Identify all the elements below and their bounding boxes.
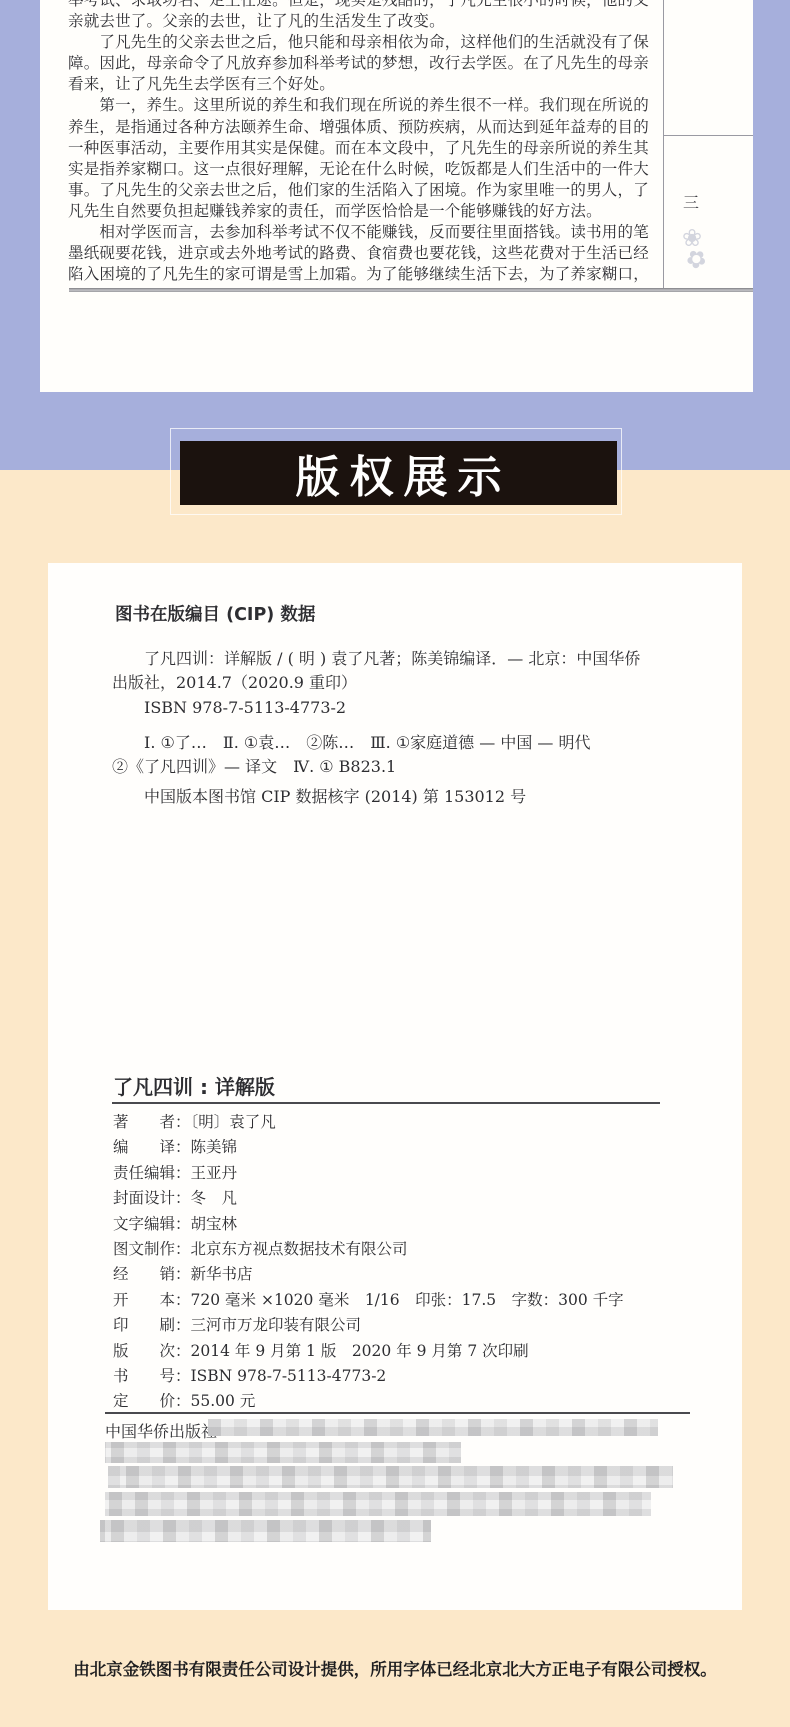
cip-line: 了凡四训：详解版 / ( 明 ) 袁了凡著；陈美锦编译．— 北京：中国华侨 — [112, 647, 684, 671]
cip-line: 中国版本图书馆 CIP 数据核字 (2014) 第 153012 号 — [112, 785, 684, 809]
censored-mosaic — [105, 1442, 461, 1463]
row-label: 定 价： — [113, 1392, 191, 1410]
row-label: 书 号： — [113, 1367, 191, 1385]
body-text-line: 举考试、求取功名、走上仕途。但是，现实是残酷的，了凡先生很小的时候，他的父 — [68, 0, 644, 11]
body-text-line: 墨纸砚要花钱，进京或去外地考试的路费、食宿费也要花钱，这些花费对于生活已经 — [68, 243, 644, 264]
colophon-row: 经 销：新华书店 — [113, 1262, 693, 1287]
row-value: 陈美锦 — [191, 1138, 238, 1156]
seal-icon: ❀✿ — [662, 228, 722, 290]
row-label: 版 次： — [113, 1342, 191, 1360]
body-text-line: 亲就去世了。父亲的去世，让了凡的生活发生了改变。 — [68, 11, 644, 32]
censored-mosaic — [108, 1466, 673, 1488]
cip-line: 出版社，2014.7（2020.9 重印） — [112, 671, 684, 695]
body-text-block: 举考试、求取功名、走上仕途。但是，现实是残酷的，了凡先生很小的时候，他的父 亲就… — [68, 0, 644, 285]
row-value: 55.00 元 — [191, 1392, 256, 1410]
product-detail-image: 举考试、求取功名、走上仕途。但是，现实是残酷的，了凡先生很小的时候，他的父 亲就… — [0, 0, 790, 1727]
body-text-line: 障。因此，母亲命令了凡放弃参加科举考试的梦想，改行去学医。在了凡先生的母亲 — [68, 53, 644, 74]
colophon-row: 书 号：ISBN 978-7-5113-4773-2 — [113, 1364, 693, 1389]
row-label: 编 译： — [113, 1138, 191, 1156]
row-value: 〔明〕袁了凡 — [191, 1113, 276, 1131]
body-text-line: 陷入困境的了凡先生的家可谓是雪上加霜。为了能够继续生活下去，为了养家糊口， — [68, 264, 644, 285]
colophon-rows: 著 者：〔明〕袁了凡 编 译：陈美锦 责任编辑：王亚丹 封面设计：冬 凡 文字编… — [113, 1110, 693, 1415]
row-label: 印 刷： — [113, 1316, 191, 1334]
body-text-line: 看来，让了凡先生去学医有三个好处。 — [68, 74, 644, 95]
flower-icon: ✿ — [682, 245, 710, 273]
colophon-row: 印 刷：三河市万龙印装有限公司 — [113, 1313, 693, 1338]
colophon-bottom-rule — [105, 1412, 690, 1414]
publisher-name: 中国华侨出版社 — [105, 1419, 217, 1442]
row-label: 经 销： — [113, 1265, 191, 1283]
cip-line: ②《了凡四训》— 译文 Ⅳ. ① B823.1 — [112, 755, 684, 779]
colophon-row: 图文制作：北京东方视点数据技术有限公司 — [113, 1237, 693, 1262]
row-value: 2014 年 9 月第 1 版 2020 年 9 月第 7 次印刷 — [191, 1342, 529, 1360]
colophon-row: 开 本：720 毫米 ×1020 毫米 1/16 印张：17.5 字数：300 … — [113, 1288, 693, 1313]
section-banner: 版权展示 — [180, 441, 617, 505]
body-text-line: 凡先生自然要负担起赚钱养家的责任，而学医恰恰是一个能够赚钱的好方法。 — [68, 201, 644, 222]
row-value: 冬 凡 — [191, 1189, 238, 1207]
row-label: 著 者： — [113, 1113, 191, 1131]
body-text-line: 一种医事活动，主要作用其实是保健。而在本文段中，了凡先生的母亲所说的养生其 — [68, 138, 644, 159]
title-underline — [112, 1102, 660, 1104]
colophon-row: 封面设计：冬 凡 — [113, 1186, 693, 1211]
copyright-page: 图书在版编目 (CIP) 数据 了凡四训：详解版 / ( 明 ) 袁了凡著；陈美… — [48, 563, 742, 1610]
row-value: ISBN 978-7-5113-4773-2 — [191, 1367, 387, 1385]
row-label: 图文制作： — [113, 1240, 191, 1258]
body-text-line: 实是指养家糊口。这一点很好理解，无论在什么时候，吃饭都是人们生活中的一件大 — [68, 159, 644, 180]
colophon-row: 责任编辑：王亚丹 — [113, 1161, 693, 1186]
book-preview-page: 举考试、求取功名、走上仕途。但是，现实是残酷的，了凡先生很小的时候，他的父 亲就… — [40, 0, 753, 392]
colophon-row: 文字编辑：胡宝林 — [113, 1212, 693, 1237]
row-value: 王亚丹 — [191, 1164, 238, 1182]
banner-title: 版权展示 — [286, 441, 512, 505]
row-label: 文字编辑： — [113, 1215, 191, 1233]
colophon-row: 编 译：陈美锦 — [113, 1135, 693, 1160]
censored-mosaic — [208, 1419, 658, 1436]
design-credit: 由北京金铁图书有限责任公司设计提供，所用字体已经北京北大方正电子有限公司授权。 — [0, 1656, 790, 1680]
row-value: 胡宝林 — [191, 1215, 238, 1233]
row-value: 720 毫米 ×1020 毫米 1/16 印张：17.5 字数：300 千字 — [191, 1291, 624, 1309]
body-text-line: 了凡先生的父亲去世之后，他只能和母亲相依为命，这样他们的生活就没有了保 — [68, 32, 644, 53]
margin-crossbar-line — [663, 135, 753, 136]
body-text-line: 第一，养生。这里所说的养生和我们现在所说的养生很不一样。我们现在所说的 — [68, 95, 644, 116]
body-text-line: 事。了凡先生的父亲去世之后，他们家的生活陷入了困境。作为家里唯一的男人，了 — [68, 180, 644, 201]
row-value: 三河市万龙印装有限公司 — [191, 1316, 362, 1334]
row-label: 封面设计： — [113, 1189, 191, 1207]
page-footer-rule — [69, 288, 753, 292]
page-number: 三 — [676, 190, 706, 213]
colophon-title: 了凡四训 : 详解版 — [113, 1071, 275, 1100]
body-text-line: 养生，是指通过各种方法颐养生命、增强体质、预防疾病，从而达到延年益寿的目的 — [68, 117, 644, 138]
cip-line: Ⅰ. ①了… Ⅱ. ①袁… ②陈… Ⅲ. ①家庭道德 — 中国 — 明代 — [112, 731, 684, 755]
cip-record-block: 了凡四训：详解版 / ( 明 ) 袁了凡著；陈美锦编译．— 北京：中国华侨 出版… — [112, 647, 684, 810]
censored-mosaic — [100, 1520, 431, 1542]
row-value: 新华书店 — [191, 1265, 253, 1283]
row-label: 开 本： — [113, 1291, 191, 1309]
censored-mosaic — [105, 1492, 651, 1516]
cip-heading: 图书在版编目 (CIP) 数据 — [115, 601, 315, 626]
cip-line: ISBN 978-7-5113-4773-2 — [112, 696, 684, 720]
colophon-row: 著 者：〔明〕袁了凡 — [113, 1110, 693, 1135]
colophon-row: 版 次：2014 年 9 月第 1 版 2020 年 9 月第 7 次印刷 — [113, 1339, 693, 1364]
row-value: 北京东方视点数据技术有限公司 — [191, 1240, 408, 1258]
row-label: 责任编辑： — [113, 1164, 191, 1182]
body-text-line: 相对学医而言，去参加科举考试不仅不能赚钱，反而要往里面搭钱。读书用的笔 — [68, 222, 644, 243]
